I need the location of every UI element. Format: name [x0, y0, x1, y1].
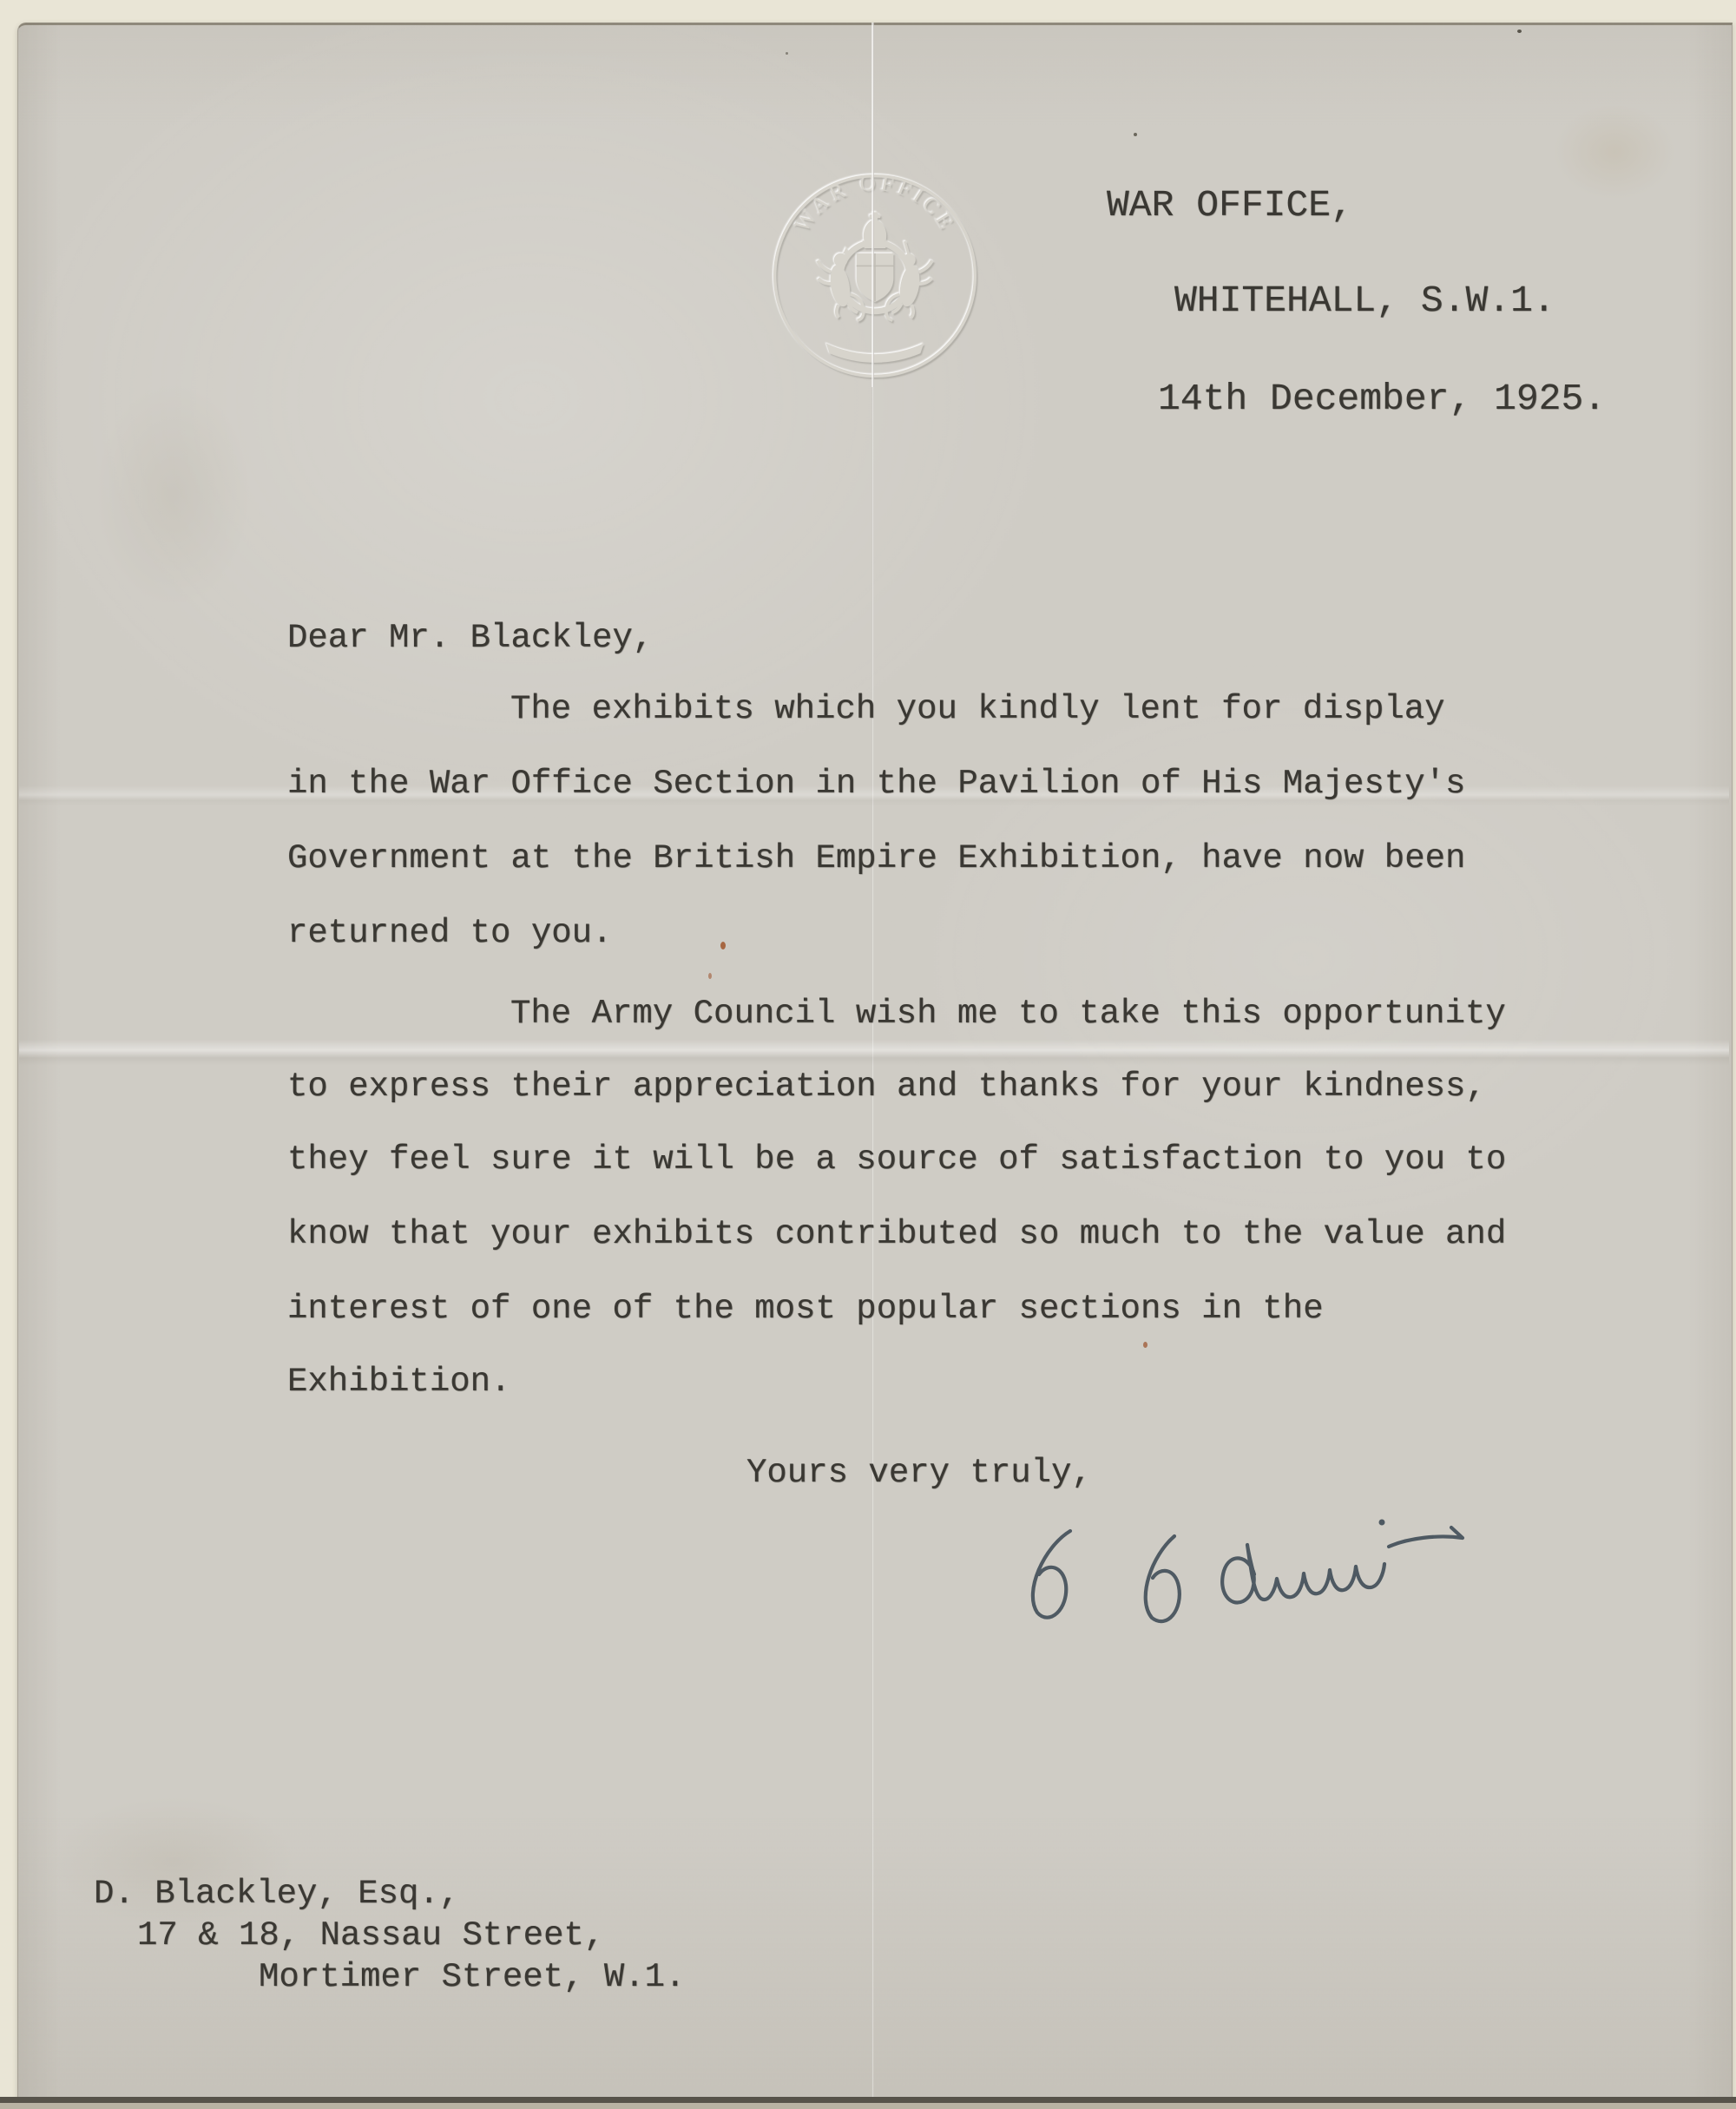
- letter-scan: WAR OFFICE: [0, 0, 1736, 2109]
- body-line: in the War Office Section in the Pavilio…: [287, 765, 1465, 803]
- rust-speck: [1143, 1342, 1147, 1348]
- recipient-line: Mortimer Street, W.1.: [259, 1959, 685, 1996]
- ink-speck: [1517, 30, 1522, 33]
- body-line: The Army Council wish me to take this op…: [510, 995, 1506, 1033]
- rust-speck: [720, 942, 726, 949]
- body-line: know that your exhibits contributed so m…: [287, 1216, 1506, 1253]
- body-line: Exhibition.: [287, 1363, 510, 1401]
- rust-speck: [708, 973, 712, 979]
- recipient-line: 17 & 18, Nassau Street,: [137, 1917, 604, 1955]
- letterhead-address: WHITEHALL, S.W.1.: [1174, 280, 1555, 321]
- body-line: The exhibits which you kindly lent for d…: [510, 691, 1445, 728]
- scanner-bed-strip: [0, 2103, 1736, 2109]
- handwritten-signature: [994, 1512, 1515, 1655]
- recipient-line: D. Blackley, Esq.,: [94, 1876, 459, 1913]
- seal-emboss-group: WAR OFFICE: [775, 172, 976, 377]
- war-office-coat-of-arms-seal: WAR OFFICE: [766, 167, 984, 385]
- ink-speck: [1134, 133, 1137, 136]
- body-line: returned to you.: [287, 915, 612, 952]
- ink-speck: [786, 52, 788, 55]
- signature-surname: [1222, 1545, 1384, 1603]
- signature-initial-1: [1033, 1531, 1070, 1618]
- signature-t-cross-flourish: [1389, 1528, 1463, 1547]
- body-line: interest of one of the most popular sect…: [287, 1291, 1324, 1328]
- closing-valediction: Yours very truly,: [746, 1455, 1092, 1492]
- paper-bottom-edge-shadow: [0, 2097, 1736, 2103]
- horizontal-fold-crease: [19, 1040, 1729, 1066]
- motto-scroll: [826, 344, 924, 363]
- letter-date: 14th December, 1925.: [1158, 378, 1606, 419]
- signature-initial-2: [1146, 1536, 1180, 1621]
- signature-i-dot: [1379, 1520, 1385, 1526]
- body-line: Government at the British Empire Exhibit…: [287, 840, 1465, 877]
- paper-stain: [1554, 104, 1675, 200]
- body-line: to express their appreciation and thanks…: [287, 1068, 1486, 1106]
- salutation: Dear Mr. Blackley,: [287, 620, 653, 657]
- body-line: they feel sure it will be a source of sa…: [287, 1141, 1506, 1179]
- letterhead-office: WAR OFFICE,: [1107, 185, 1353, 226]
- royal-shield: [857, 253, 894, 302]
- vertical-fold-crease-top: [871, 23, 874, 387]
- paper-stain: [95, 382, 252, 608]
